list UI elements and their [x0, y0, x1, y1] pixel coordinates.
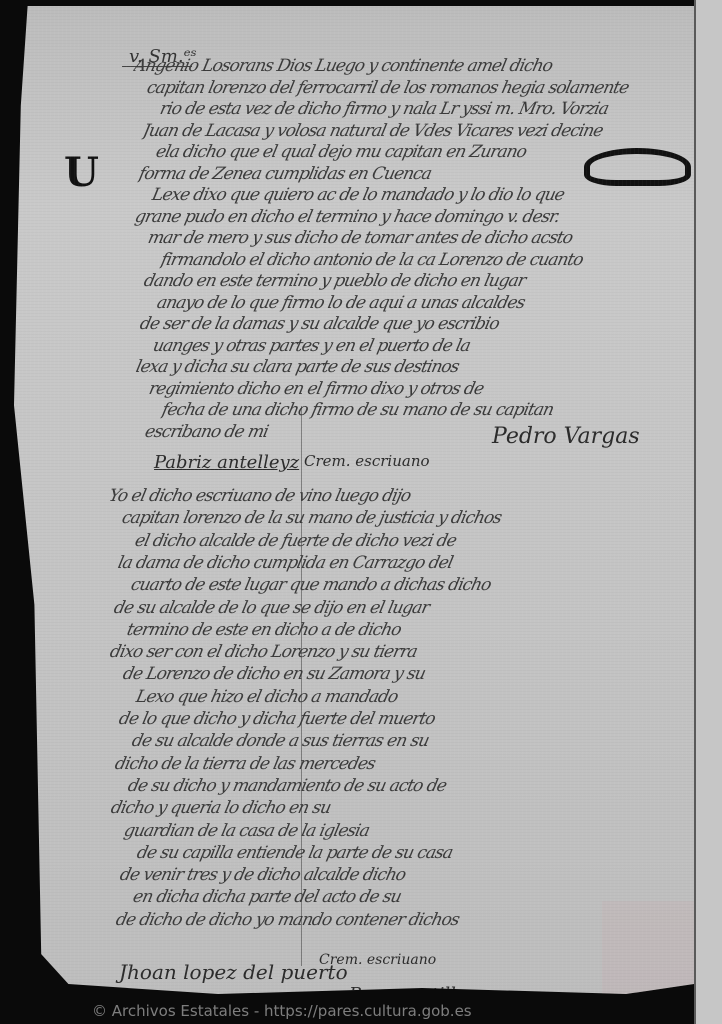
manuscript-line: de su capilla entiende la parte de su ca…: [135, 843, 657, 865]
fold-line: [301, 406, 302, 966]
manuscript-line: de ser de la damas y su alcalde que yo e…: [138, 314, 657, 336]
manuscript-line: Lexe dixo que quiero ac de lo mandado y …: [150, 185, 657, 207]
manuscript-line: mar de mero y sus dicho de tomar antes d…: [146, 228, 657, 250]
archive-watermark: © Archivos Estatales - https://pares.cul…: [92, 1002, 472, 1020]
manuscript-line: de Lorenzo de dicho en su Zamora y su: [121, 664, 657, 686]
manuscript-line: rio de esta vez de dicho firmo y nala Lr…: [158, 99, 657, 121]
manuscript-line: ela dicho que el qual dejo mu capitan en…: [154, 142, 657, 164]
manuscript-line: Angenio Losorans Dios Luego y continente…: [132, 56, 657, 78]
manuscript-line: de su alcalde donde a sus tierras en su: [130, 731, 657, 753]
manuscript-line: de lo que dicho y dicha fuerte del muert…: [117, 709, 657, 731]
manuscript-line: lexa y dicha su clara parte de sus desti…: [134, 357, 657, 379]
manuscript-line: guardian de la casa de la iglesia: [122, 821, 657, 843]
notarial-phrase-2: Crem. escriuano: [319, 952, 436, 968]
signature-jhoan-lopez: Jhoan lopez del puerto: [119, 960, 348, 984]
manuscript-line: regimiento dicho en el firmo dixo y otro…: [147, 379, 657, 401]
manuscript-line: anayo de lo que firmo lo de aqui a unas …: [155, 293, 657, 315]
manuscript-line: Lexo que hizo el dicho a mandado: [134, 687, 657, 709]
signature-pedro-vargas: Pedro Vargas: [492, 424, 640, 449]
notarial-phrase: Crem. escriuano: [304, 452, 430, 470]
manuscript-line: de venir tres y de dicho alcalde dicho: [118, 865, 657, 887]
manuscript-line: grane pudo en dicho el termino y hace do…: [133, 207, 657, 229]
manuscript-page: v. Sm.ᵉˢ U Angenio Losorans Dios Luego y…: [14, 6, 694, 1004]
manuscript-line: la dama de dicho cumplida en Carrazgo de…: [116, 553, 657, 575]
manuscript-line: termino de este en dicho a de dicho: [125, 620, 657, 642]
signature-pabriz-antelleyz: Pabriz antelleyz: [154, 452, 299, 473]
manuscript-line: de su dicho y mandamiento de su acto de: [126, 776, 657, 798]
manuscript-line: dando en este termino y pueblo de dicho …: [142, 271, 657, 293]
manuscript-line: de su alcalde de lo que se dijo en el lu…: [112, 598, 657, 620]
manuscript-line: Juan de Lacasa y volosa natural de Vdes …: [141, 121, 657, 143]
page-heading: v. Sm.ᵉˢ: [129, 46, 197, 67]
manuscript-line: fecha de una dicho firmo de su mano de s…: [160, 400, 657, 422]
manuscript-line: dicho de la tierra de las mercedes: [113, 754, 657, 776]
manuscript-line: dixo ser con el dicho Lorenzo y su tierr…: [108, 642, 657, 664]
heading-underline: [122, 66, 192, 67]
ink-blot: [584, 148, 691, 186]
manuscript-line: capitan lorenzo de la su mano de justici…: [120, 508, 657, 530]
manuscript-line: dicho y queria lo dicho en su: [109, 798, 657, 820]
manuscript-line: firmandolo el dicho antonio de la ca Lor…: [159, 250, 657, 272]
manuscript-line: en dicha dicha parte del acto de su: [131, 887, 657, 909]
manuscript-line: Yo el dicho escriuano de vino luego dijo: [107, 486, 657, 508]
facing-page-edge: [694, 0, 722, 1024]
margin-mark: U: [64, 149, 99, 196]
manuscript-line: capitan lorenzo del ferrocarril de los r…: [145, 78, 657, 100]
manuscript-line: cuarto de este lugar que mando a dichas …: [129, 575, 657, 597]
manuscript-line: de dicho de dicho yo mando contener dich…: [114, 910, 657, 932]
manuscript-line: forma de Zenea cumplidas en Cuenca: [137, 164, 657, 186]
manuscript-line: el dicho alcalde de fuerte de dicho vezi…: [133, 531, 657, 553]
manuscript-line: uanges y otras partes y en el puerto de …: [151, 336, 657, 358]
tinted-corner: [602, 901, 708, 1011]
manuscript-line: escribano de mi: [143, 422, 657, 444]
